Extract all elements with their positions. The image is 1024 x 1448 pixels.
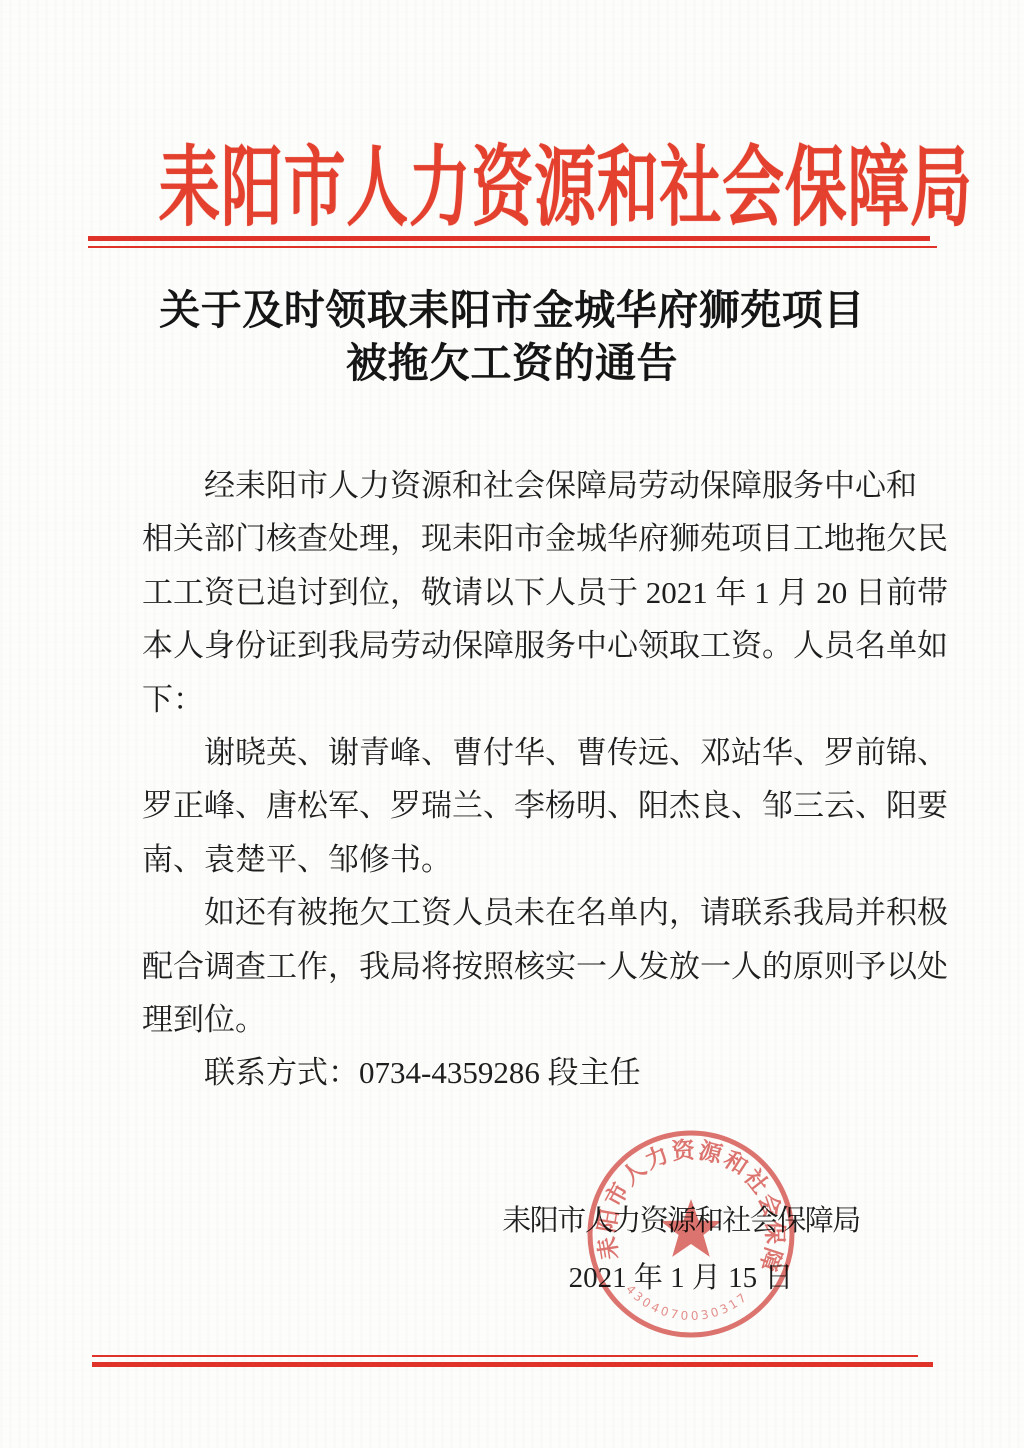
letterhead: 耒阳市人力资源和社会保障局 [0, 138, 1024, 263]
body-text-line: 下： [142, 673, 886, 726]
notice-body: 经耒阳市人力资源和社会保障局劳动保障服务中心和相关部门核查处理，现耒阳市金城华府… [142, 459, 886, 1100]
notice-title: 关于及时领取耒阳市金城华府狮苑项目 被拖欠工资的通告 [0, 284, 1024, 390]
footer-rule-thick [92, 1362, 933, 1367]
signature-agency-name: 耒阳市人力资源和社会保障局 [361, 1203, 1001, 1239]
body-text-line: 罗正峰、唐松军、罗瑞兰、李杨明、阳杰良、邹三云、阳要 [142, 779, 886, 832]
header-rule-thick [88, 236, 930, 241]
document-page: 耒阳市人力资源和社会保障局 关于及时领取耒阳市金城华府狮苑项目 被拖欠工资的通告… [0, 0, 1024, 1448]
body-text-line: 相关部门核查处理，现耒阳市金城华府狮苑项目工地拖欠民 [142, 512, 886, 565]
body-text-line: 理到位。 [142, 993, 886, 1046]
body-text-line: 本人身份证到我局劳动保障服务中心领取工资。人员名单如 [142, 619, 886, 672]
notice-title-line2: 被拖欠工资的通告 [0, 337, 1024, 390]
body-text-line: 联系方式：0734-4359286 段主任 [142, 1046, 886, 1099]
body-text-line: 经耒阳市人力资源和社会保障局劳动保障服务中心和 [142, 459, 886, 512]
body-text-line: 工工资已追讨到位，敬请以下人员于 2021 年 1 月 20 日前带 [142, 566, 886, 619]
notice-title-line1: 关于及时领取耒阳市金城华府狮苑项目 [0, 284, 1024, 337]
footer-rule-thin [92, 1355, 918, 1357]
body-text-line: 配合调查工作，我局将按照核实一人发放一人的原则予以处 [142, 940, 886, 993]
body-text-line: 南、袁楚平、邹修书。 [142, 833, 886, 886]
header-rule-thin [88, 246, 937, 248]
letterhead-title: 耒阳市人力资源和社会保障局 [158, 137, 972, 239]
body-text-line: 谢晓英、谢青峰、曹付华、曹传远、邓站华、罗前锦、 [142, 726, 886, 779]
signature-block: 耒阳市人力资源和社会保障局 2021 年 1 月 15 日 [361, 1203, 1001, 1296]
body-text-line: 如还有被拖欠工资人员未在名单内，请联系我局并积极 [142, 886, 886, 939]
signature-date: 2021 年 1 月 15 日 [361, 1260, 1001, 1296]
